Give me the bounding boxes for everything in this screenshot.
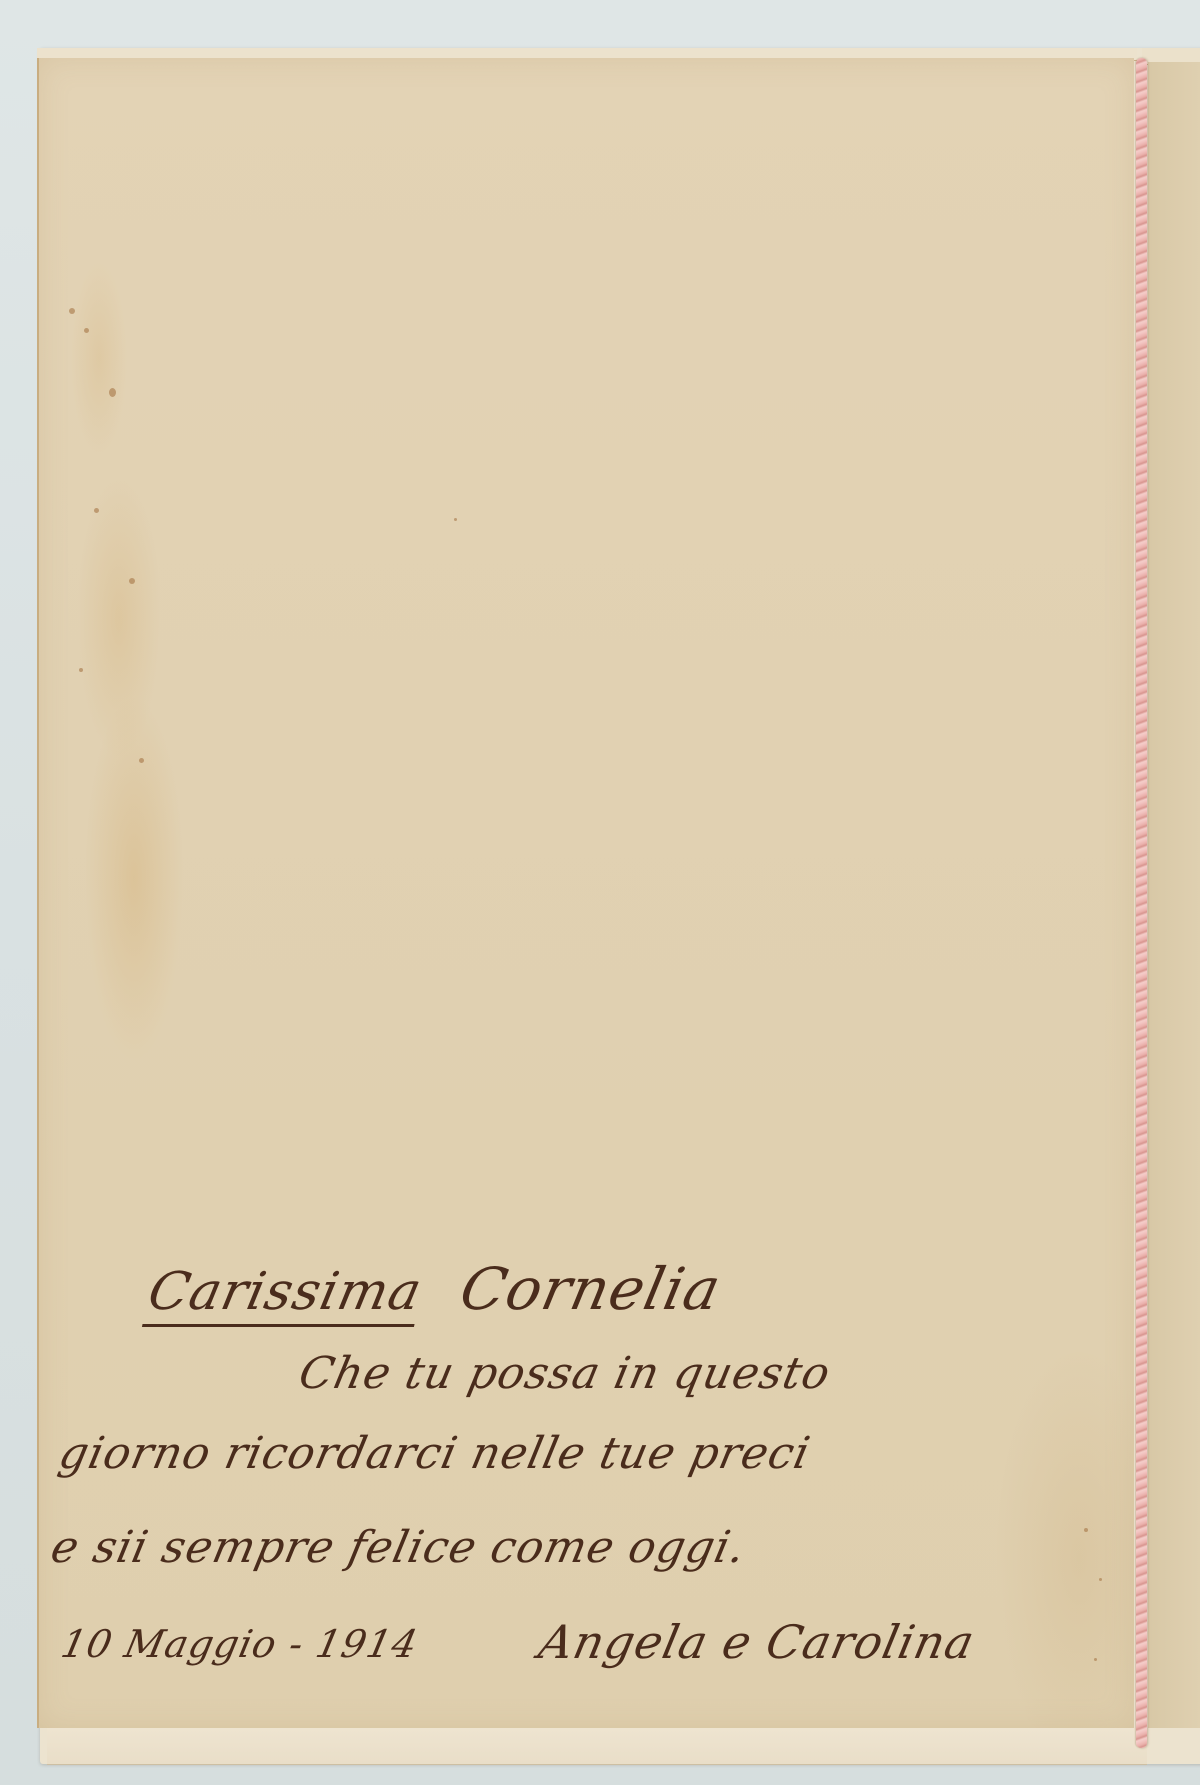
body-line-1: Che tu possa in questo — [295, 1348, 836, 1399]
foxing-spot — [109, 388, 116, 397]
right-page — [1148, 62, 1200, 1728]
salutation-name: Cornelia — [454, 1255, 727, 1323]
foxing-spot — [1094, 1658, 1097, 1661]
foxing-spot — [139, 758, 144, 763]
foxing-spot — [94, 508, 99, 513]
pink-cord-binding — [1136, 58, 1147, 1748]
foxing-spot — [79, 668, 83, 672]
letter-date: 10 Maggio - 1914 — [57, 1622, 422, 1666]
body-line-3: e sii sempre felice come oggi. — [47, 1522, 751, 1573]
salutation: CarissimaCornelia — [143, 1255, 727, 1323]
foxing-spot — [1084, 1528, 1088, 1532]
foxing-spot — [84, 328, 89, 333]
foxing-spot — [129, 578, 135, 584]
card-back-bottom-edge — [47, 1728, 1147, 1765]
foxing-spot — [454, 518, 457, 521]
salutation-greeting: Carissima — [142, 1262, 427, 1327]
foxing-spot — [1099, 1578, 1102, 1581]
letter-signature: Angela e Carolina — [534, 1615, 979, 1669]
foxing-spot — [69, 308, 75, 314]
body-line-2: giorno ricordarci nelle tue preci — [55, 1428, 815, 1479]
